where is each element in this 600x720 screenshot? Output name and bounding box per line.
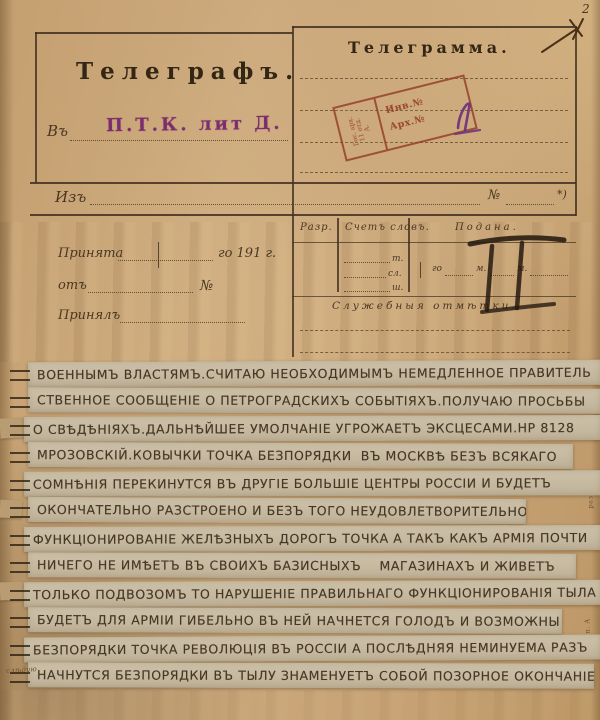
- telegram-line: ФУНКЦІОНИРОВАНІЕ ЖЕЛѢЗНЫХЪ ДОРОГЪ ТОЧКА …: [24, 525, 600, 547]
- telegram-line: СОМНѢНІЯ ПЕРЕКИНУТСЯ ВЪ ДРУГІЕ БОЛЬШІЕ Ц…: [24, 470, 600, 492]
- rule-above-from-row: [30, 182, 576, 184]
- word-count-line: [344, 277, 386, 278]
- margin-handwriting: слѣдую: [6, 665, 37, 675]
- destination-handstamp: П.Т.К. лит Д.: [106, 113, 283, 136]
- received-label: Принята: [58, 246, 123, 261]
- form-border-left: [35, 32, 37, 183]
- telegram-line: НИЧЕГО НЕ ИМѢЕТЪ ВЪ СВОИХЪ БАЗИСНЫХЪ МАГ…: [28, 552, 576, 573]
- tape-guide-mark: [10, 370, 30, 381]
- podana-unit-go: го: [432, 264, 442, 274]
- tape-guide-mark: [10, 480, 30, 491]
- telegram-tape-strip: МРОЗОВСКІЙ.КОВЫЧКИ ТОЧКА БЕЗПОРЯДКИ ВЪ М…: [28, 442, 573, 469]
- telegram-line: МРОЗОВСКІЙ.КОВЫЧКИ ТОЧКА БЕЗПОРЯДКИ ВЪ М…: [28, 442, 573, 464]
- tape-end-fragment: п. А: [584, 618, 592, 633]
- telegram-tape-strip: НИЧЕГО НЕ ИМѢЕТЪ ВЪ СВОИХЪ БАЗИСНЫХЪ МАГ…: [28, 552, 576, 578]
- telegram-line: ВОЕННЫМЪ ВЛАСТЯМЪ.СЧИТАЮ НЕОБХОДИМЫМЪ НЕ…: [28, 360, 600, 382]
- received-date-suffix: го 191 г.: [218, 246, 276, 261]
- origin-number-fill: [506, 204, 554, 205]
- telegram-tape-strip: СТВЕННОЕ СООБЩЕНІЕ О ПЕТРОГРАДСКИХЪ СОБЫ…: [28, 387, 600, 413]
- to-label: Въ: [47, 122, 68, 140]
- word-unit-t: т.: [392, 254, 403, 264]
- accepted-by-fill: [120, 322, 245, 323]
- tape-guide-mark: [10, 617, 30, 628]
- telegram-tape-strip: НАЧНУТСЯ БЕЗПОРЯДКИ ВЪ ТЫЛУ ЗНАМЕНУЕТЪ С…: [28, 662, 594, 688]
- telegram-tape-strip: О СВѢДѢНІЯХЪ.ДАЛЬНѢЙШЕЕ УМОЛЧАНІЕ УГРОЖА…: [24, 415, 600, 442]
- tape-guide-mark: [10, 535, 30, 546]
- word-count-line: [344, 262, 390, 263]
- service-line: [300, 330, 570, 331]
- footnote-mark: *): [557, 188, 567, 201]
- telegram-tape-strip: ОКОНЧАТЕЛЬНО РАЗСТРОЕНО И БЕЗЪ ТОГО НЕУД…: [28, 497, 526, 524]
- telegram-line: ОКОНЧАТЕЛЬНО РАЗСТРОЕНО И БЕЗЪ ТОГО НЕУД…: [28, 497, 526, 519]
- form-title-telegramma: Телеграмма.: [348, 38, 511, 57]
- word-unit-sl: сл.: [388, 269, 402, 279]
- ruled-line: [300, 172, 568, 173]
- origin-number-label: №: [488, 188, 500, 203]
- telegram-line: НАЧНУТСЯ БЕЗПОРЯДКИ ВЪ ТЫЛУ ЗНАМЕНУЕТЪ С…: [28, 662, 594, 683]
- telegram-line: БУДЕТЪ ДЛЯ АРМІИ ГИБЕЛЬНО ВЪ НЕЙ НАЧНЕТС…: [28, 607, 562, 629]
- telegram-tape-strip: СОМНѢНІЯ ПЕРЕКИНУТСЯ ВЪ ДРУГІЕ БОЛЬШІЕ Ц…: [24, 470, 600, 497]
- telegram-line: ТОЛЬКО ПОДВОЗОМЪ ТО НАРУШЕНІЕ ПРАВИЛЬНАГ…: [24, 580, 600, 603]
- telegram-line: СТВЕННОЕ СООБЩЕНІЕ О ПЕТРОГРАДСКИХЪ СОБЫ…: [28, 387, 600, 408]
- tape-guide-mark: [10, 397, 30, 408]
- ruled-line: [300, 78, 568, 79]
- tape-guide-mark: [10, 452, 30, 463]
- podana-tick: [420, 262, 421, 278]
- tape-guide-mark: [10, 562, 30, 573]
- paper-crease-bottom: [0, 690, 600, 720]
- received-number-label: №: [200, 278, 213, 294]
- column-razr: Разр.: [300, 222, 333, 233]
- origin-fill-line: [90, 204, 480, 205]
- rule-below-from-row: [30, 214, 576, 216]
- left-paper-edge: [0, 0, 14, 720]
- form-title-telegraph: Телеграфъ.: [76, 58, 300, 85]
- telegram-tape-strip: БЕЗПОРЯДКИ ТОЧКА РЕВОЛЮЦІЯ ВЪ РОССІИ А П…: [24, 634, 600, 662]
- handwritten-roman-two: [458, 228, 573, 316]
- telegram-scan-page: Телеграфъ. Телеграмма. Въ П.Т.К. лит Д. …: [0, 0, 600, 720]
- received-fill: [118, 260, 213, 261]
- received-tick: [158, 242, 159, 268]
- telegram-line: О СВѢДѢНІЯХЪ.ДАЛЬНѢЙШЕЕ УМОЛЧАНІЕ УГРОЖА…: [24, 415, 600, 437]
- table-divider-1: [337, 218, 339, 292]
- tape-guide-mark: [10, 590, 30, 601]
- received-from-fill: [88, 292, 193, 293]
- word-count-line: [344, 291, 390, 292]
- tape-guide-mark: [10, 507, 30, 518]
- origin-label: Изъ: [55, 188, 86, 206]
- form-border-top-left: [35, 32, 293, 34]
- accepted-by-label: Принялъ: [58, 308, 120, 323]
- received-from-label: отъ: [58, 278, 87, 293]
- tape-guide-mark: [10, 425, 30, 436]
- telegram-tape-strip: БУДЕТЪ ДЛЯ АРМІИ ГИБЕЛЬНО ВЪ НЕЙ НАЧНЕТС…: [28, 607, 562, 634]
- telegram-tape-strip: ФУНКЦІОНИРОВАНІЕ ЖЕЛѢЗНЫХЪ ДОРОГЪ ТОЧКА …: [24, 525, 600, 552]
- tape-guide-mark: [10, 645, 30, 656]
- word-unit-sh: ш.: [392, 283, 403, 293]
- purple-check-mark: [448, 92, 498, 142]
- service-line: [300, 352, 570, 353]
- column-word-count: Счетъ словъ.: [345, 222, 430, 233]
- corner-flourish-mark: [528, 6, 598, 58]
- tape-end-fragment: раз: [587, 495, 595, 508]
- telegram-tape-strip: ВОЕННЫМЪ ВЛАСТЯМЪ.СЧИТАЮ НЕОБХОДИМЫМЪ НЕ…: [28, 360, 600, 387]
- telegram-line: БЕЗПОРЯДКИ ТОЧКА РЕВОЛЮЦІЯ ВЪ РОССІИ А П…: [24, 634, 600, 657]
- telegram-tape-strip: ТОЛЬКО ПОДВОЗОМЪ ТО НАРУШЕНІЕ ПРАВИЛЬНАГ…: [24, 580, 600, 608]
- to-fill-line: [70, 140, 288, 141]
